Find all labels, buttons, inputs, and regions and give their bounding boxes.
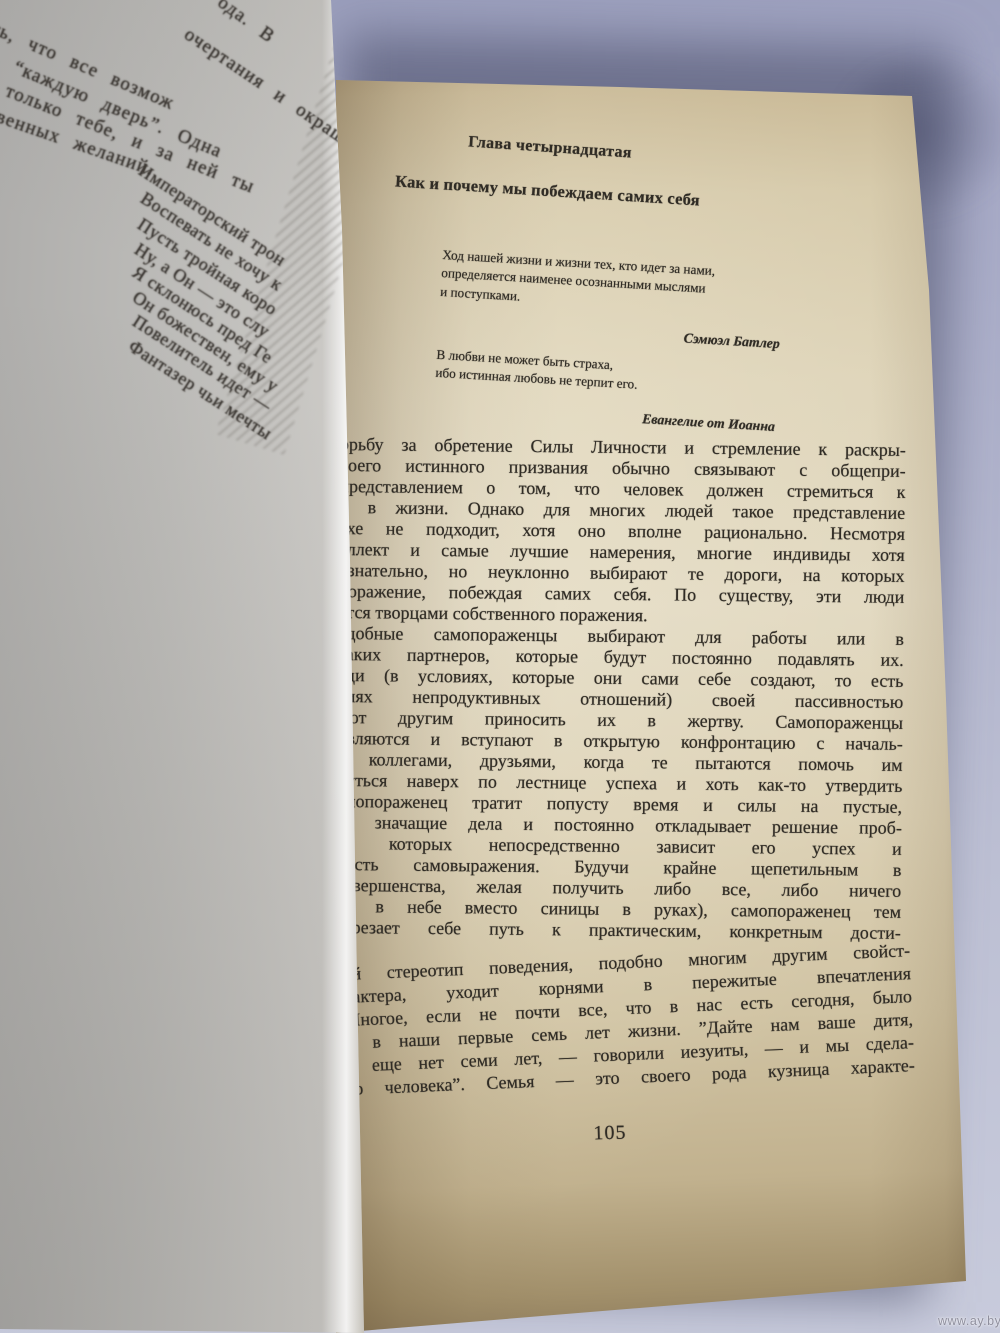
left-text-fragment: ода. В (213, 0, 279, 48)
body-paragraph-1: орьбу за обретение Силы Личности и стрем… (335, 434, 906, 944)
page-number: 105 (560, 1121, 661, 1147)
chapter-heading: Глава четырнадцатая (427, 131, 674, 166)
epigraph-block: Ход нашей жизни и жизни тех, кто идет за… (433, 246, 785, 437)
epigraph2-author: Евангелие от Иоанна (433, 398, 775, 437)
body-paragraph-2: ой стереотип поведения, подобно многим д… (342, 939, 915, 1101)
chapter-title: Как и почему мы побеждаем самих себя (390, 171, 706, 211)
watermark: www.ay.by (938, 1314, 1000, 1328)
book-photo: Глава четырнадцатая Как и почему мы побе… (0, 0, 1000, 1333)
